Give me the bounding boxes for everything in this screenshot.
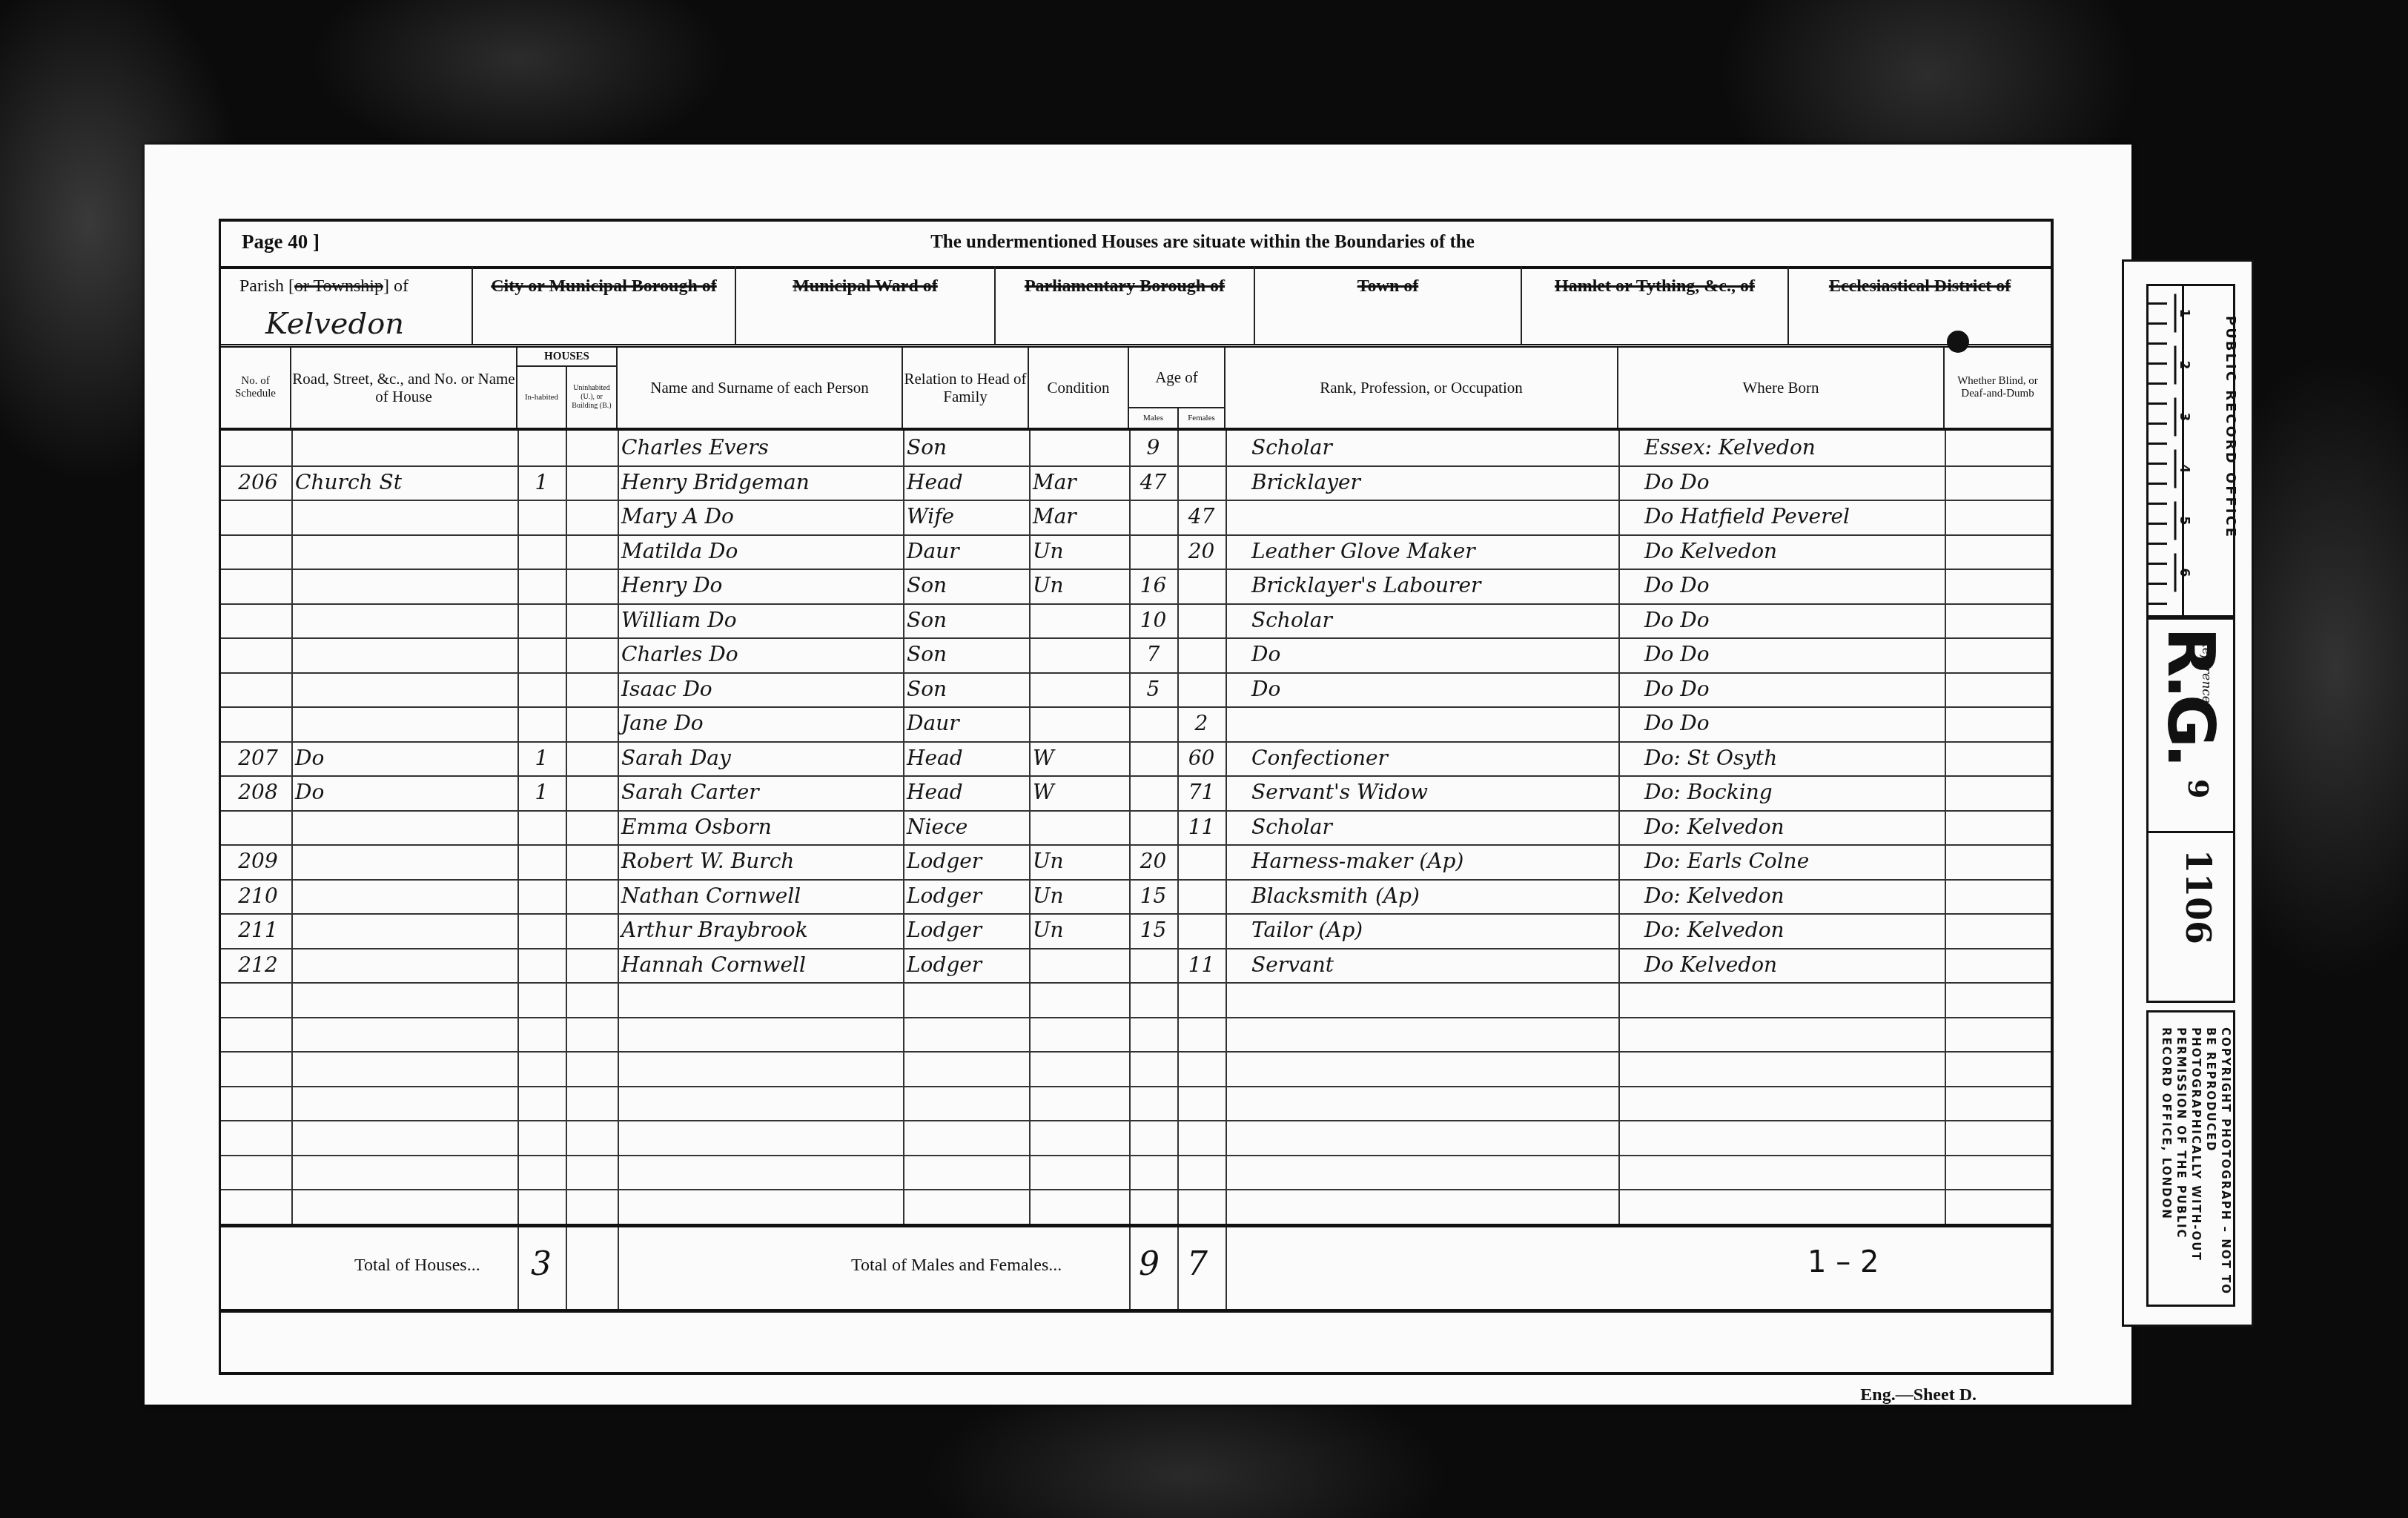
cell-occupation: Bricklayer's Labourer [1229, 569, 1618, 603]
cell-occupation [1229, 500, 1618, 534]
col-occupation: Rank, Profession, or Occupation [1225, 348, 1618, 428]
census-row: Mary A DoWifeMar47Do Hatfield Peverel [221, 500, 2051, 536]
cell-road [295, 569, 517, 603]
empty-row [221, 1051, 2051, 1087]
cell-road [295, 500, 517, 534]
cell-name: Henry Do [621, 569, 903, 603]
town-field: Town of [1255, 266, 1522, 344]
cell-born: Do Do [1622, 706, 1945, 741]
cell-condition: W [1033, 741, 1129, 776]
cell-occupation: Bricklayer [1229, 465, 1618, 500]
cell-born: Do Do [1622, 465, 1945, 500]
cell-name: Charles Evers [621, 431, 903, 465]
cell-schedule: 209 [225, 844, 291, 879]
col-males: Males [1129, 408, 1179, 428]
cell-relation: Son [907, 672, 1029, 707]
census-row: Jane DoDaur2Do Do [221, 706, 2051, 743]
cell-road [295, 534, 517, 569]
cell-male-age: 5 [1129, 672, 1177, 707]
cell-occupation: Scholar [1229, 810, 1618, 845]
cell-born: Do: Kelvedon [1622, 810, 1945, 845]
cell-female-age: 11 [1177, 810, 1225, 845]
hamlet-field: Hamlet or Tything, &c., of [1522, 266, 1789, 344]
census-row: Emma OsbornNiece11ScholarDo: Kelvedon [221, 810, 2051, 846]
cell-relation: Son [907, 603, 1029, 638]
cell-male-age: 20 [1129, 844, 1177, 879]
parliamentary-borough-field: Parliamentary Borough of [996, 266, 1255, 344]
cell-name: Sarah Day [621, 741, 903, 776]
cell-occupation: Do [1229, 672, 1618, 707]
municipal-ward-field: Municipal Ward of [736, 266, 996, 344]
reference-label: Reference:- [2199, 638, 2214, 712]
empty-row [221, 1120, 2051, 1156]
cell-male-age [1129, 775, 1177, 810]
cell-schedule: 210 [225, 879, 291, 914]
cell-relation: Lodger [907, 879, 1029, 914]
cell-schedule [225, 603, 291, 638]
cell-inhabited [517, 603, 566, 638]
cell-schedule [225, 569, 291, 603]
col-females: Females [1179, 408, 1224, 428]
census-form: Page 40 ] The undermentioned Houses are … [219, 219, 2054, 1375]
cell-male-age [1129, 810, 1177, 845]
cell-name: Mary A Do [621, 500, 903, 534]
cell-inhabited [517, 844, 566, 879]
cell-born: Do Do [1622, 603, 1945, 638]
census-row: Matilda DoDaurUn20Leather Glove MakerDo … [221, 534, 2051, 571]
cell-male-age [1129, 534, 1177, 569]
cell-condition [1033, 810, 1129, 845]
col-condition: Condition [1029, 348, 1129, 428]
cell-road [295, 706, 517, 741]
cell-male-age: 15 [1129, 913, 1177, 948]
cell-condition: Un [1033, 569, 1129, 603]
cell-inhabited [517, 637, 566, 672]
record-class: R.G. [2153, 627, 2229, 763]
cell-male-age [1129, 500, 1177, 534]
cell-born: Do Do [1622, 569, 1945, 603]
cell-female-age [1177, 844, 1225, 879]
total-females-value: 7 [1187, 1245, 1208, 1283]
cell-road: Church St [295, 465, 517, 500]
col-relation: Relation to Head of Family [903, 348, 1029, 428]
col-where-born: Where Born [1618, 348, 1945, 428]
cell-born: Do: Kelvedon [1622, 913, 1945, 948]
empty-row [221, 982, 2051, 1018]
cell-name: Emma Osborn [621, 810, 903, 845]
cell-inhabited [517, 879, 566, 914]
cell-relation: Son [907, 569, 1029, 603]
cell-occupation: Blacksmith (Ap) [1229, 879, 1618, 914]
cell-inhabited [517, 672, 566, 707]
census-row: 211Arthur BraybrookLodgerUn15Tailor (Ap)… [221, 913, 2051, 949]
scale-mark: 6 [2174, 554, 2229, 592]
census-row: 208Do1Sarah CarterHeadW71Servant's Widow… [221, 775, 2051, 812]
parish-value: Kelvedon [265, 307, 404, 341]
census-row: Charles EversSon9ScholarEssex: Kelvedon [221, 431, 2051, 467]
cell-male-age: 7 [1129, 637, 1177, 672]
municipal-borough-field: City or Municipal Borough of [473, 266, 736, 344]
cell-name: Matilda Do [621, 534, 903, 569]
cell-occupation: Do [1229, 637, 1618, 672]
total-houses-label: Total of Houses... [354, 1256, 480, 1276]
cell-relation: Lodger [907, 913, 1029, 948]
cell-relation: Son [907, 431, 1029, 465]
ecclesiastical-district-field: Ecclesiastical District of [1789, 266, 2051, 344]
marginal-note: 1 – 2 [1807, 1245, 1879, 1279]
cell-inhabited [517, 500, 566, 534]
scale-mark: 1 [2174, 294, 2229, 333]
census-row: Henry DoSonUn16Bricklayer's LabourerDo D… [221, 569, 2051, 605]
cell-female-age [1177, 637, 1225, 672]
cell-female-age [1177, 569, 1225, 603]
cell-name: Isaac Do [621, 672, 903, 707]
census-rows: Charles EversSon9ScholarEssex: Kelvedon2… [221, 431, 2051, 1224]
column-headers: No. of Schedule Road, Street, &c., and N… [221, 348, 2051, 431]
cell-male-age: 47 [1129, 465, 1177, 500]
cell-name: Hannah Cornwell [621, 948, 903, 983]
cell-schedule [225, 810, 291, 845]
parish-field: Parish [or Township] of Kelvedon [221, 266, 473, 344]
boundaries-banner: The undermentioned Houses are situate wi… [221, 232, 2051, 253]
cell-female-age [1177, 672, 1225, 707]
cell-name: Sarah Carter [621, 775, 903, 810]
cell-road: Do [295, 741, 517, 776]
cell-condition [1033, 603, 1129, 638]
empty-row [221, 1017, 2051, 1053]
cell-female-age: 60 [1177, 741, 1225, 776]
census-row: 210Nathan CornwellLodgerUn15Blacksmith (… [221, 879, 2051, 915]
census-row: 207Do1Sarah DayHeadW60ConfectionerDo: St… [221, 741, 2051, 778]
cell-born: Do Kelvedon [1622, 534, 1945, 569]
cell-born: Do Kelvedon [1622, 948, 1945, 983]
cell-condition [1033, 706, 1129, 741]
scale-mark: 3 [2174, 398, 2229, 437]
cell-born: Essex: Kelvedon [1622, 431, 1945, 465]
cell-schedule [225, 637, 291, 672]
cell-relation: Lodger [907, 948, 1029, 983]
cell-occupation: Tailor (Ap) [1229, 913, 1618, 948]
col-name: Name and Surname of each Person [618, 348, 903, 428]
total-males-value: 9 [1139, 1245, 1160, 1283]
measuring-scale: 123456 PUBLIC RECORD OFFICE [2146, 284, 2235, 617]
col-houses: HOUSES In-habited Uninhabited (U.), or B… [517, 348, 618, 428]
cell-road: Do [295, 775, 517, 810]
total-persons-label: Total of Males and Females... [851, 1256, 1062, 1276]
cell-road [295, 844, 517, 879]
totals-row: Total of Houses... 3 Total of Males and … [221, 1224, 2051, 1313]
cell-relation: Head [907, 465, 1029, 500]
cell-female-age [1177, 879, 1225, 914]
piece-number: 1106 [2178, 849, 2218, 944]
cell-name: William Do [621, 603, 903, 638]
cell-relation: Daur [907, 534, 1029, 569]
cell-occupation: Harness-maker (Ap) [1229, 844, 1618, 879]
cell-name: Robert W. Burch [621, 844, 903, 879]
cell-inhabited [517, 569, 566, 603]
cell-schedule [225, 500, 291, 534]
cell-female-age: 20 [1177, 534, 1225, 569]
cell-occupation: Leather Glove Maker [1229, 534, 1618, 569]
cell-relation: Head [907, 775, 1029, 810]
census-row: 212Hannah CornwellLodger11ServantDo Kelv… [221, 948, 2051, 984]
cell-occupation: Scholar [1229, 603, 1618, 638]
cell-inhabited [517, 810, 566, 845]
cell-male-age [1129, 948, 1177, 983]
census-row: Isaac DoSon5DoDo Do [221, 672, 2051, 709]
cell-road [295, 810, 517, 845]
col-road: Road, Street, &c., and No. or Name of Ho… [291, 348, 517, 428]
cell-condition: Un [1033, 913, 1129, 948]
col-inhabited: In-habited [517, 367, 567, 428]
cell-condition [1033, 948, 1129, 983]
cell-occupation: Scholar [1229, 431, 1618, 465]
cell-female-age [1177, 603, 1225, 638]
cell-occupation: Servant [1229, 948, 1618, 983]
cell-condition [1033, 637, 1129, 672]
cell-occupation: Servant's Widow [1229, 775, 1618, 810]
cell-occupation [1229, 706, 1618, 741]
cell-born: Do: Kelvedon [1622, 879, 1945, 914]
cell-condition: Un [1033, 534, 1129, 569]
empty-row [221, 1155, 2051, 1191]
cell-schedule: 212 [225, 948, 291, 983]
cell-relation: Wife [907, 500, 1029, 534]
cell-male-age: 15 [1129, 879, 1177, 914]
location-row: Parish [or Township] of Kelvedon City or… [221, 266, 2051, 348]
cell-female-age [1177, 913, 1225, 948]
cell-inhabited [517, 913, 566, 948]
cell-name: Nathan Cornwell [621, 879, 903, 914]
cell-name: Jane Do [621, 706, 903, 741]
scale-mark: 2 [2174, 346, 2229, 385]
empty-row [221, 1189, 2051, 1225]
cell-relation: Head [907, 741, 1029, 776]
cell-inhabited: 1 [517, 775, 566, 810]
cell-road [295, 637, 517, 672]
series-number: 9 [2182, 779, 2215, 798]
cell-inhabited [517, 948, 566, 983]
cell-occupation: Confectioner [1229, 741, 1618, 776]
col-schedule: No. of Schedule [221, 348, 291, 428]
cell-inhabited [517, 706, 566, 741]
cell-female-age [1177, 431, 1225, 465]
cell-condition: Mar [1033, 500, 1129, 534]
cell-condition: Mar [1033, 465, 1129, 500]
census-row: 206Church St1Henry BridgemanHeadMar47Bri… [221, 465, 2051, 502]
cell-condition [1033, 431, 1129, 465]
public-record-office-label: PUBLIC RECORD OFFICE [2223, 316, 2238, 539]
cell-male-age: 9 [1129, 431, 1177, 465]
census-row: Charles DoSon7DoDo Do [221, 637, 2051, 674]
cell-born: Do Do [1622, 672, 1945, 707]
cell-female-age: 2 [1177, 706, 1225, 741]
cell-relation: Son [907, 637, 1029, 672]
cell-relation: Niece [907, 810, 1029, 845]
cell-road [295, 913, 517, 948]
census-row: 209Robert W. BurchLodgerUn20Harness-make… [221, 844, 2051, 881]
cell-inhabited: 1 [517, 741, 566, 776]
cell-condition: Un [1033, 879, 1129, 914]
cell-road [295, 948, 517, 983]
copyright-box: COPYRIGHT PHOTOGRAPH – NOT TO BE REPRODU… [2146, 1010, 2235, 1307]
cell-inhabited [517, 534, 566, 569]
cell-female-age: 71 [1177, 775, 1225, 810]
sheet-label: Eng.—Sheet D. [1860, 1385, 1977, 1405]
cell-name: Henry Bridgeman [621, 465, 903, 500]
col-disability: Whether Blind, or Deaf-and-Dumb [1945, 348, 2051, 428]
cell-male-age: 16 [1129, 569, 1177, 603]
form-header: Page 40 ] The undermentioned Houses are … [221, 222, 2051, 269]
scale-mark: 5 [2174, 502, 2229, 540]
cell-born: Do: Bocking [1622, 775, 1945, 810]
total-houses-value: 3 [531, 1245, 552, 1283]
cell-condition [1033, 672, 1129, 707]
empty-row [221, 1086, 2051, 1122]
census-row: William DoSon10ScholarDo Do [221, 603, 2051, 640]
cell-name: Arthur Braybrook [621, 913, 903, 948]
cell-schedule [225, 672, 291, 707]
cell-born: Do Hatfield Peverel [1622, 500, 1945, 534]
cell-schedule: 206 [225, 465, 291, 500]
cell-inhabited [517, 431, 566, 465]
cell-schedule: 207 [225, 741, 291, 776]
copyright-notice: COPYRIGHT PHOTOGRAPH – NOT TO BE REPRODU… [2159, 1027, 2233, 1305]
census-page: Page 40 ] The undermentioned Houses are … [145, 145, 2131, 1405]
cell-road [295, 603, 517, 638]
cell-name: Charles Do [621, 637, 903, 672]
cell-relation: Lodger [907, 844, 1029, 879]
cell-born: Do: Earls Colne [1622, 844, 1945, 879]
cell-schedule [225, 534, 291, 569]
cell-road [295, 431, 517, 465]
cell-born: Do: St Osyth [1622, 741, 1945, 776]
cell-road [295, 879, 517, 914]
col-age: Age of Males Females [1129, 348, 1225, 428]
cell-inhabited: 1 [517, 465, 566, 500]
cell-female-age [1177, 465, 1225, 500]
cell-condition: W [1033, 775, 1129, 810]
cell-male-age: 10 [1129, 603, 1177, 638]
cell-schedule [225, 706, 291, 741]
cell-road [295, 672, 517, 707]
scale-mark: 4 [2174, 450, 2229, 488]
cell-condition: Un [1033, 844, 1129, 879]
reference-box: R.G. Reference:- 9 1106 [2146, 617, 2235, 1003]
record-office-strip: 123456 PUBLIC RECORD OFFICE R.G. Referen… [2122, 259, 2254, 1327]
cell-schedule: 211 [225, 913, 291, 948]
cell-born: Do Do [1622, 637, 1945, 672]
cell-female-age: 47 [1177, 500, 1225, 534]
cell-relation: Daur [907, 706, 1029, 741]
cell-female-age: 11 [1177, 948, 1225, 983]
cell-schedule [225, 431, 291, 465]
col-uninhabited: Uninhabited (U.), or Building (B.) [567, 367, 616, 428]
cell-schedule: 208 [225, 775, 291, 810]
cell-male-age [1129, 741, 1177, 776]
cell-male-age [1129, 706, 1177, 741]
